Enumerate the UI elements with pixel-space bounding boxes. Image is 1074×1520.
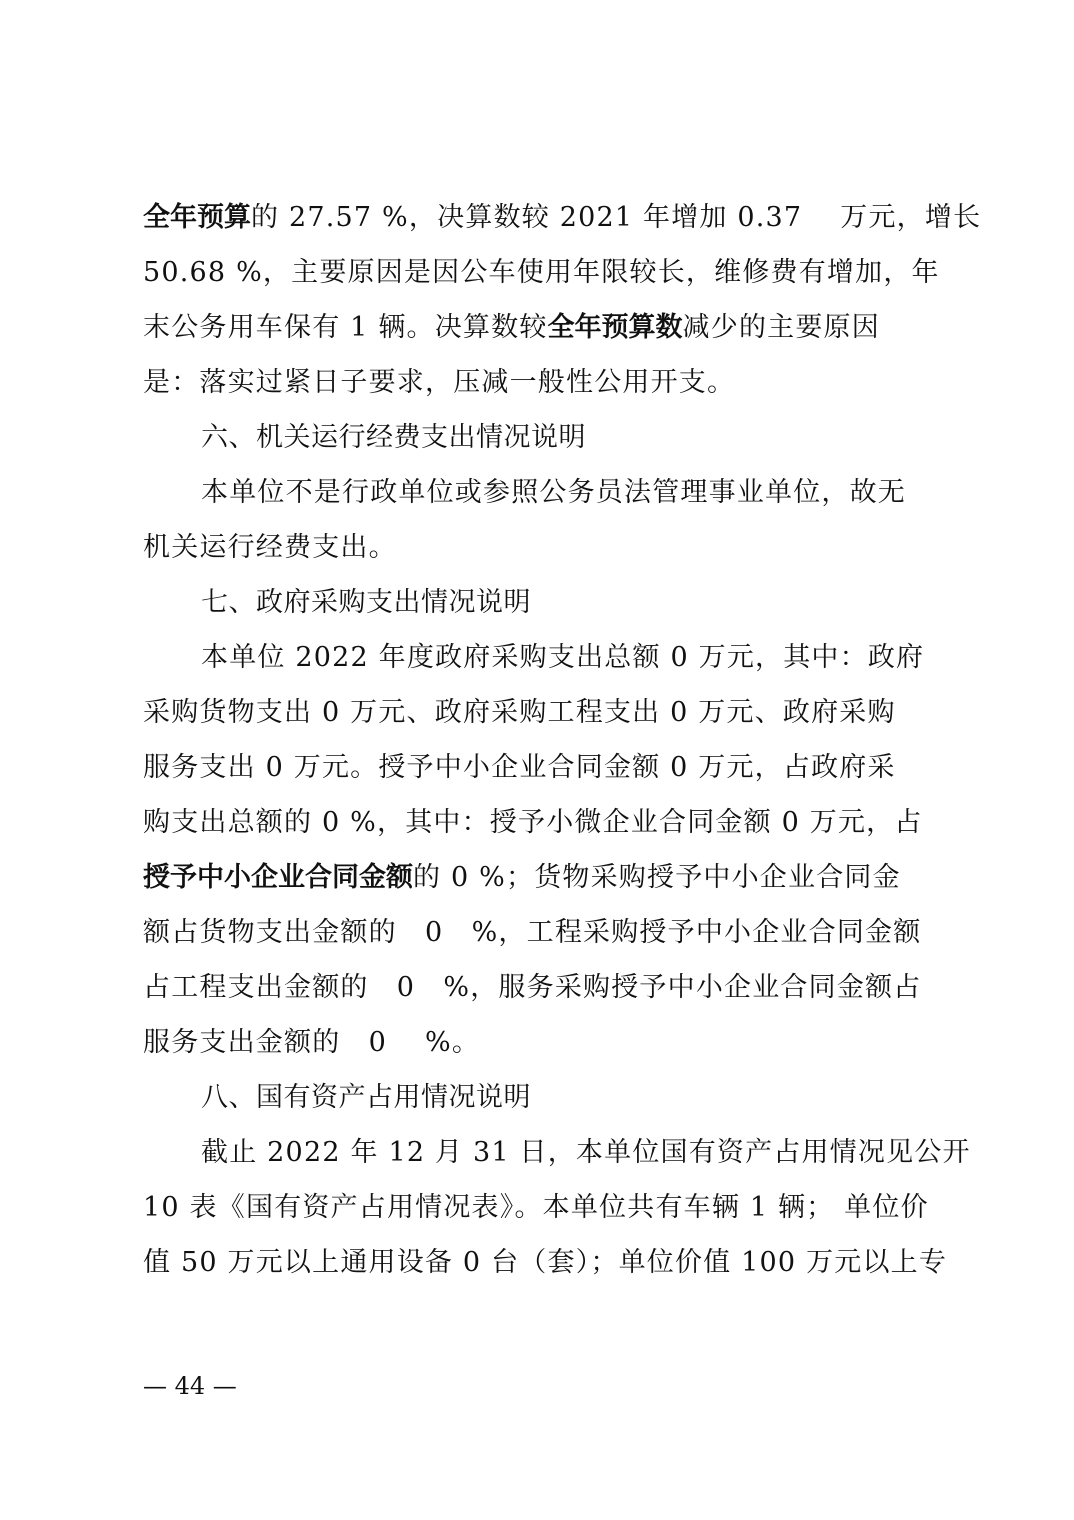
page-number: — 44 — [143,1372,237,1400]
paragraph-line: 截止 2022 年 12 月 31 日，本单位国有资产占用情况见公开 [143,1125,933,1180]
paragraph-line: 占工程支出金额的 0 %，服务采购授予中小企业合同金额占 [143,960,933,1015]
paragraph-line: 额占货物支出金额的 0 %，工程采购授予中小企业合同金额 [143,905,933,960]
text-run: 减少的主要原因 [683,312,880,343]
bold-term: 全年预算 [143,202,251,233]
paragraph-line: 购支出总额的 0 %，其中：授予小微企业合同金额 0 万元，占 [143,795,933,850]
paragraph-line: 本单位 2022 年度政府采购支出总额 0 万元，其中：政府 [143,630,933,685]
paragraph-line: 全年预算的 27.57 %，决算数较 2021 年增加 0.37 万元，增长 [143,190,933,245]
paragraph-line: 采购货物支出 0 万元、政府采购工程支出 0 万元、政府采购 [143,685,933,740]
paragraph-line: 10 表《国有资产占用情况表》。本单位共有车辆 1 辆； 单位价 [143,1180,933,1235]
text-run: 的 0 %；货物采购授予中小企业合同金 [413,862,901,893]
paragraph-line: 值 50 万元以上通用设备 0 台（套）；单位价值 100 万元以上专 [143,1235,933,1290]
document-page: 全年预算的 27.57 %，决算数较 2021 年增加 0.37 万元，增长 5… [143,190,933,1290]
text-run: 末公务用车保有 1 辆。决算数较 [143,312,548,343]
text-run: 的 27.57 %，决算数较 2021 年增加 0.37 万元，增长 [251,202,981,233]
paragraph-line: 授予中小企业合同金额的 0 %；货物采购授予中小企业合同金 [143,850,933,905]
bold-term: 授予中小企业合同金额 [143,862,413,893]
paragraph-line: 机关运行经费支出。 [143,520,933,575]
section-heading-8: 八、国有资产占用情况说明 [143,1070,933,1125]
paragraph-line: 50.68 %，主要原因是因公车使用年限较长，维修费有增加，年 [143,245,933,300]
paragraph-line: 末公务用车保有 1 辆。决算数较全年预算数减少的主要原因 [143,300,933,355]
section-heading-7: 七、政府采购支出情况说明 [143,575,933,630]
paragraph-line: 是：落实过紧日子要求，压减一般性公用开支。 [143,355,933,410]
section-heading-6: 六、机关运行经费支出情况说明 [143,410,933,465]
bold-term: 全年预算数 [548,312,683,343]
paragraph-line: 本单位不是行政单位或参照公务员法管理事业单位，故无 [143,465,933,520]
paragraph-line: 服务支出 0 万元。授予中小企业合同金额 0 万元，占政府采 [143,740,933,795]
paragraph-line: 服务支出金额的 0 %。 [143,1015,933,1070]
